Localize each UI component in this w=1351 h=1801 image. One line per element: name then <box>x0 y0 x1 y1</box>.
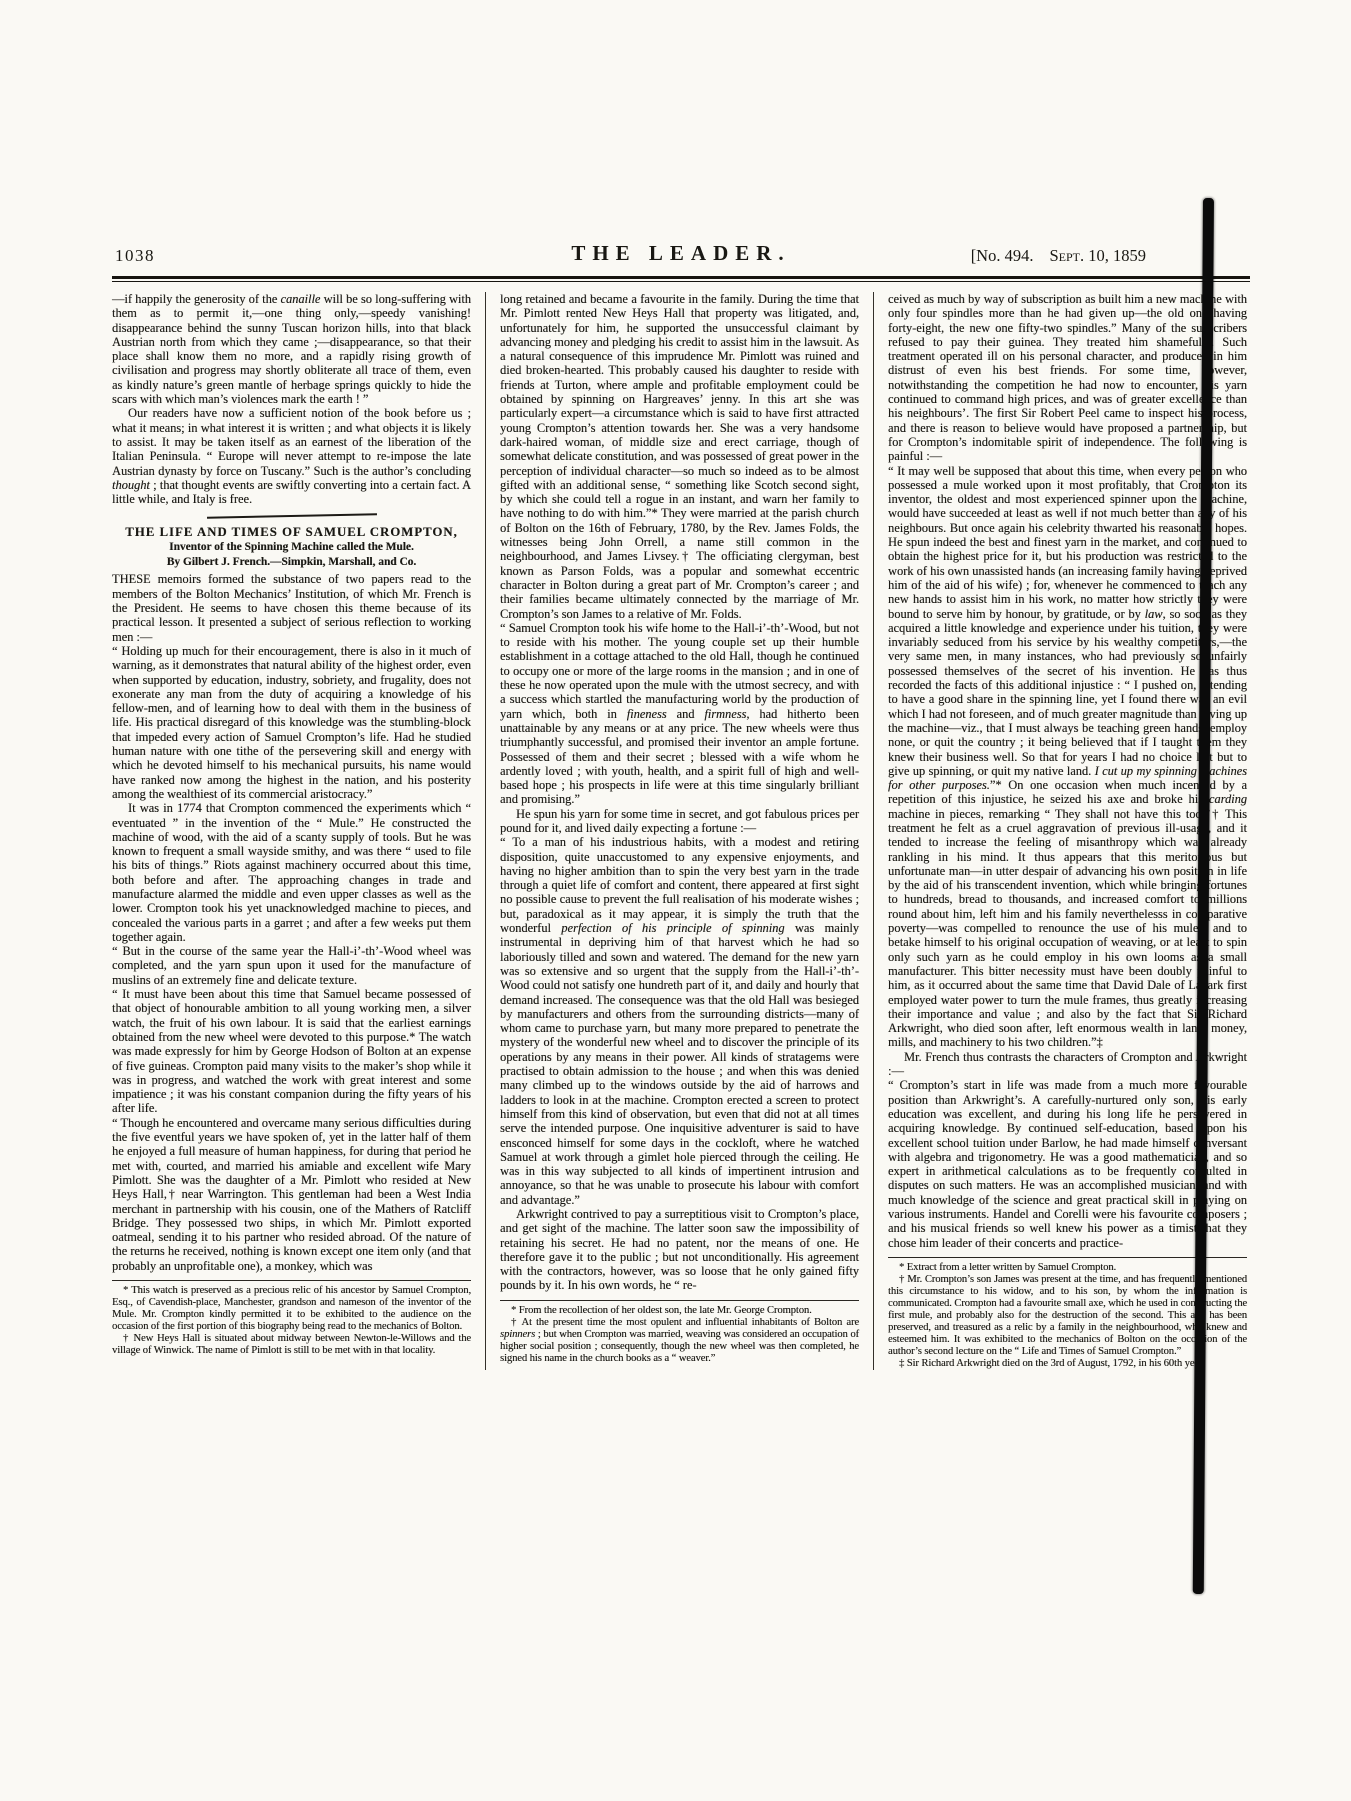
footnote: * From the recollection of her oldest so… <box>500 1305 859 1317</box>
paragraph: Our readers have now a sufficient notion… <box>112 406 471 506</box>
article-title: THE LIFE AND TIMES OF SAMUEL CROMPTON, <box>112 525 471 540</box>
footnote: ‡ Sir Richard Arkwright died on the 3rd … <box>888 1358 1247 1370</box>
footnote-separator <box>888 1257 1247 1258</box>
paragraph-continuation: “ It must have been about this time that… <box>112 987 471 1116</box>
paragraph-continuation: “ It may well be supposed that about thi… <box>888 464 1247 1050</box>
paragraph-continuation: —if happily the generosity of the canail… <box>112 292 471 406</box>
column-1: —if happily the generosity of the canail… <box>112 292 471 1370</box>
paragraph-continuation: “ To a man of his industrious habits, wi… <box>500 835 859 1207</box>
column-divider <box>485 292 486 1370</box>
column-2: long retained and became a favourite in … <box>500 292 859 1370</box>
paragraph-continuation: THESE memoirs formed the substance of tw… <box>112 572 471 643</box>
paragraph-continuation: “ But in the course of the same year the… <box>112 944 471 987</box>
article-subtitle: Inventor of the Spinning Machine called … <box>112 540 471 555</box>
column-3: ceived as much by way of subscription as… <box>888 292 1247 1370</box>
column-divider <box>873 292 874 1370</box>
header-rule <box>112 276 1250 282</box>
issue-number: [No. 494. <box>971 246 1034 265</box>
issue-info: [No. 494.Sept. 10, 1859 <box>971 246 1146 266</box>
paragraph: Mr. French thus contrasts the characters… <box>888 1050 1247 1079</box>
paragraph-continuation: ceived as much by way of subscription as… <box>888 292 1247 464</box>
paragraph-continuation: “ Though he encountered and overcame man… <box>112 1116 471 1273</box>
issue-month: Sept. <box>1049 246 1084 265</box>
footnote: † Mr. Crompton’s son James was present a… <box>888 1274 1247 1358</box>
footnote: * Extract from a letter written by Samue… <box>888 1262 1247 1274</box>
paragraph-continuation: long retained and became a favourite in … <box>500 292 859 621</box>
footnote: † At the present time the most opulent a… <box>500 1317 859 1365</box>
paragraph: It was in 1774 that Crompton commenced t… <box>112 801 471 944</box>
article-byline: By Gilbert J. French.—Simpkin, Marshall,… <box>112 555 471 570</box>
paragraph-continuation: “ Holding up much for their encouragemen… <box>112 644 471 801</box>
footnote-separator <box>112 1280 471 1281</box>
page-header: 1038 THE LEADER. [No. 494.Sept. 10, 1859 <box>112 230 1250 266</box>
newspaper-page: 1038 THE LEADER. [No. 494.Sept. 10, 1859… <box>0 0 1351 1801</box>
paragraph-continuation: “ Samuel Crompton took his wife home to … <box>500 621 859 807</box>
footnote-separator <box>500 1300 859 1301</box>
article-columns: —if happily the generosity of the canail… <box>112 292 1250 1370</box>
paragraph-continuation: “ Crompton’s start in life was made from… <box>888 1078 1247 1250</box>
section-divider <box>206 514 376 520</box>
paragraph: Arkwright contrived to pay a surreptitio… <box>500 1207 859 1293</box>
footnote: † New Heys Hall is situated about midway… <box>112 1333 471 1357</box>
footnote: * This watch is preserved as a precious … <box>112 1285 471 1333</box>
paragraph: He spun his yarn for some time in secret… <box>500 807 859 836</box>
issue-date: 10, 1859 <box>1088 246 1146 265</box>
